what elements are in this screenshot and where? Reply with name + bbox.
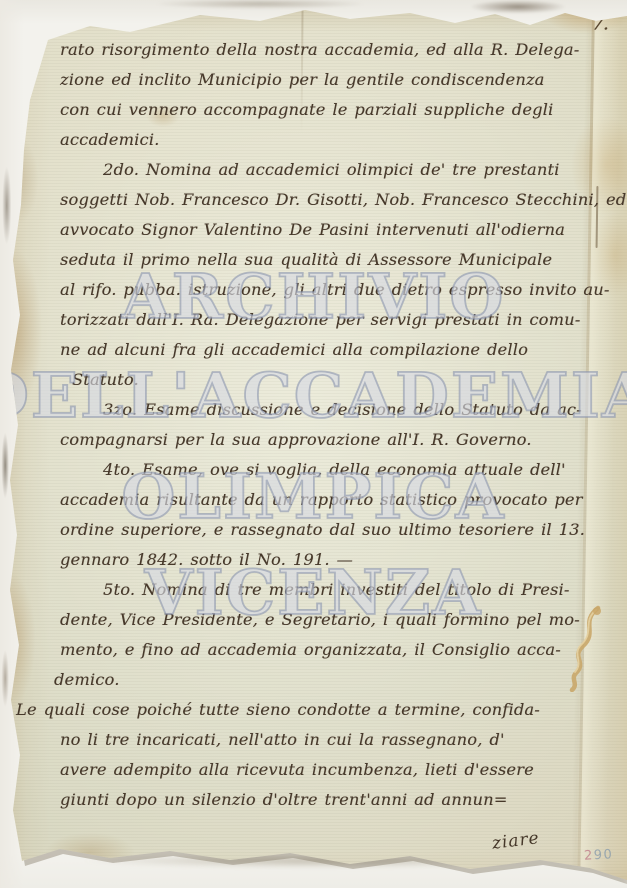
manuscript-line: torizzati dall'I. Ra. Delegazione per se… xyxy=(60,305,605,335)
scanner-shadow xyxy=(0,636,13,721)
manuscript-line: 3zo. Esame discussione e decisione dello… xyxy=(60,395,605,425)
manuscript-line: rato risorgimento della nostra accademia… xyxy=(60,35,605,65)
manuscript-line: Statuto. xyxy=(60,365,605,395)
manuscript-page: rato risorgimento della nostra accademia… xyxy=(0,0,627,888)
corner-mark-left: /. xyxy=(30,9,47,35)
catchword: ziare xyxy=(491,828,541,854)
manuscript-line: dente, Vice Presidente, e Segretario, i … xyxy=(60,605,605,635)
manuscript-line: ne ad alcuni fra gli accademici alla com… xyxy=(60,335,605,365)
manuscript-line: accademici. xyxy=(60,125,605,155)
scanner-shadow xyxy=(110,0,410,13)
manuscript-line: ordine superiore, e rassegnato dal suo u… xyxy=(60,515,605,545)
manuscript-line: 5to. Nomina di tre membri investiti del … xyxy=(60,575,605,605)
manuscript-line: mento, e fino ad accademia organizzata, … xyxy=(60,635,605,665)
manuscript-line: no li tre incaricati, nell'atto in cui l… xyxy=(60,725,605,755)
manuscript-text: rato risorgimento della nostra accademia… xyxy=(60,35,605,815)
manuscript-line: seduta il primo nella sua qualità di Ass… xyxy=(60,245,605,275)
manuscript-line: avvocato Signor Valentino De Pasini inte… xyxy=(60,215,605,245)
document-scan: rato risorgimento della nostra accademia… xyxy=(0,0,627,888)
manuscript-line: 4to. Esame, ove si voglia, della economi… xyxy=(60,455,605,485)
manuscript-line: demico. xyxy=(54,665,605,695)
manuscript-line: 2do. Nomina ad accademici olimpici de' t… xyxy=(60,155,605,185)
manuscript-line: gennaro 1842. sotto il No. 191. — xyxy=(60,545,605,575)
archival-number-rest: 90 xyxy=(593,847,613,863)
manuscript-line: Le quali cose poiché tutte sieno condott… xyxy=(16,695,605,725)
manuscript-line: zione ed inclito Municipio per la gentil… xyxy=(60,65,605,95)
manuscript-line: con cui vennero accompagnate le parziali… xyxy=(60,95,605,125)
manuscript-line: giunti dopo un silenzio d'oltre trent'an… xyxy=(60,785,605,815)
scanner-shadow xyxy=(0,148,15,263)
manuscript-line: accademia risultante da un rapporto stat… xyxy=(60,485,605,515)
scanner-shadow xyxy=(0,418,13,513)
archival-number: 290 xyxy=(584,847,614,864)
manuscript-line: compagnarsi per la sua approvazione all'… xyxy=(60,425,605,455)
manuscript-line: al rifo. pubba. istruzione, gli altri du… xyxy=(60,275,605,305)
manuscript-line: soggetti Nob. Francesco Dr. Gisotti, Nob… xyxy=(60,185,605,215)
manuscript-line: avere adempito alla ricevuta incumbenza,… xyxy=(60,755,605,785)
